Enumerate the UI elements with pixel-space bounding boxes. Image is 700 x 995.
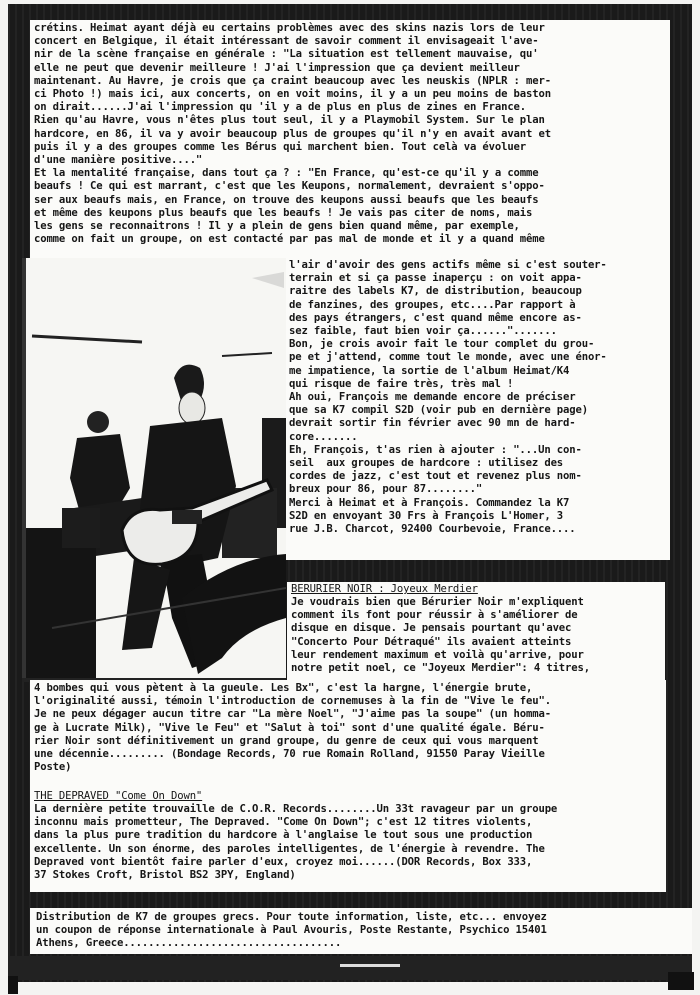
text-line: 37 Stokes Croft, Bristol BS2 3PY, Englan… bbox=[34, 869, 557, 882]
corner-mark-right bbox=[668, 972, 694, 990]
text-line: disque en disque. Je pensais pourtant qu… bbox=[291, 622, 590, 635]
text-line: Ah oui, François me demande encore de pr… bbox=[289, 391, 607, 404]
text-line: breux pour 86, pour 87........" bbox=[289, 483, 607, 496]
text-line: un coupon de réponse internationale à Pa… bbox=[36, 924, 547, 937]
footer-mark bbox=[340, 964, 400, 967]
review-depraved-text: La dernière petite trouvaille de C.O.R. … bbox=[34, 803, 557, 882]
text-line: elle ne peut que devenir meilleure ! J'a… bbox=[34, 62, 551, 75]
text-line: sez faible, faut bien voir ça......"....… bbox=[289, 325, 607, 338]
review-berurier-column-text: Je voudrais bien que Bérurier Noir m'exp… bbox=[291, 596, 590, 675]
text-line: d'une manière positive...." bbox=[34, 154, 551, 167]
text-line: Distribution de K7 de groupes grecs. Pou… bbox=[36, 911, 547, 924]
text-line: cordes de jazz, c'est tout et revenez pl… bbox=[289, 470, 607, 483]
text-line: inconnu mais prometteur, The Depraved. "… bbox=[34, 816, 557, 829]
interview-intro-text: crétins. Heimat ayant déjà eu certains p… bbox=[34, 22, 551, 246]
text-line: des pays étrangers, c'est quand même enc… bbox=[289, 312, 607, 325]
text-line: rier Noir sont définitivement un grand g… bbox=[34, 735, 551, 748]
text-line: ser aux beaufs mais, en France, on trouv… bbox=[34, 194, 551, 207]
text-line: comme on fait un groupe, on est contacté… bbox=[34, 233, 551, 246]
review-berurier-panel: BERURIER NOIR : Joyeux Merdier Je voudra… bbox=[287, 582, 665, 682]
interview-intro-panel: crétins. Heimat ayant déjà eu certains p… bbox=[30, 20, 670, 260]
text-line: Je ne peux dégager aucun titre car "La m… bbox=[34, 708, 551, 721]
text-line: et même des keupons plus beaufs que les … bbox=[34, 207, 551, 220]
distribution-text: Distribution de K7 de groupes grecs. Pou… bbox=[36, 911, 547, 951]
text-line: Athens, Greece..........................… bbox=[36, 937, 547, 950]
text-line: Je voudrais bien que Bérurier Noir m'exp… bbox=[291, 596, 590, 609]
text-line: de fanzines, des groupes, etc....Par rap… bbox=[289, 299, 607, 312]
text-line: rue J.B. Charcot, 92400 Courbevoie, Fran… bbox=[289, 523, 607, 536]
text-line: que sa K7 compil S2D (voir pub en derniè… bbox=[289, 404, 607, 417]
text-line: l'originalité aussi, témoin l'introducti… bbox=[34, 695, 551, 708]
text-line: qui risque de faire très, très mal ! bbox=[289, 378, 607, 391]
review-berurier-text: 4 bombes qui vous pètent à la gueule. Le… bbox=[34, 682, 551, 774]
text-line: crétins. Heimat ayant déjà eu certains p… bbox=[34, 22, 551, 35]
text-line: puis il y a des groupes comme les Bérus … bbox=[34, 141, 551, 154]
text-line: concert en Belgique, il était intéressan… bbox=[34, 35, 551, 48]
text-line: Poste) bbox=[34, 761, 551, 774]
text-line: une décennie......... (Bondage Records, … bbox=[34, 748, 551, 761]
text-line: nir de la scène française en générale : … bbox=[34, 48, 551, 61]
text-line: La dernière petite trouvaille de C.O.R. … bbox=[34, 803, 557, 816]
reviews-panel: 4 bombes qui vous pètent à la gueule. Le… bbox=[30, 680, 666, 892]
text-line: terrain et si ça passe inaperçu : on voi… bbox=[289, 272, 607, 285]
distribution-panel: Distribution de K7 de groupes grecs. Pou… bbox=[30, 908, 692, 954]
text-line: Rien qu'au Havre, vous n'êtes plus tout … bbox=[34, 114, 551, 127]
text-line: me impatience, la sortie de l'album Heim… bbox=[289, 365, 607, 378]
review-depraved-heading: THE DEPRAVED "Come On Down" bbox=[34, 790, 202, 803]
text-line: pe et j'attend, comme tout le monde, ave… bbox=[289, 351, 607, 364]
text-line: core....... bbox=[289, 431, 607, 444]
text-line: l'air d'avoir des gens actifs même si c'… bbox=[289, 259, 607, 272]
text-line: beaufs ! Ce qui est marrant, c'est que l… bbox=[34, 180, 551, 193]
text-line: maintenant. Au Havre, je crois que ça cr… bbox=[34, 75, 551, 88]
text-line: comment ils font pour réussir à s'amélio… bbox=[291, 609, 590, 622]
band-photo bbox=[22, 258, 286, 682]
text-line: les gens se reconnaitrons ! Il y a plein… bbox=[34, 220, 551, 233]
text-line: 4 bombes qui vous pètent à la gueule. Le… bbox=[34, 682, 551, 695]
text-line: Bon, je crois avoir fait le tour complet… bbox=[289, 338, 607, 351]
text-line: Et la mentalité française, dans tout ça … bbox=[34, 167, 551, 180]
text-line: S2D en envoyant 30 Frs à François L'Home… bbox=[289, 510, 607, 523]
corner-mark-left bbox=[8, 976, 18, 994]
text-line: on dirait......J'ai l'impression qu 'il … bbox=[34, 101, 551, 114]
interview-column-text: l'air d'avoir des gens actifs même si c'… bbox=[289, 259, 607, 536]
text-line: hardcore, en 86, il va y avoir beaucoup … bbox=[34, 128, 551, 141]
text-line: notre petit noel, ce "Joyeux Merdier": 4… bbox=[291, 662, 590, 675]
text-line: raitre des labels K7, de distribution, b… bbox=[289, 285, 607, 298]
text-line: Depraved vont bientôt faire parler d'eux… bbox=[34, 856, 557, 869]
text-line: "Concerto Pour Détraqué" ils avaient att… bbox=[291, 636, 590, 649]
band-photo-icon bbox=[22, 258, 286, 682]
text-line: ge à Lucrate Milk), "Vive le Feu" et "Sa… bbox=[34, 722, 551, 735]
text-line: Merci à Heimat et à François. Commandez … bbox=[289, 497, 607, 510]
text-line: excellente. Un son énorme, des paroles i… bbox=[34, 843, 557, 856]
interview-column-panel: l'air d'avoir des gens actifs même si c'… bbox=[285, 258, 670, 560]
text-line: dans la plus pure tradition du hardcore … bbox=[34, 829, 557, 842]
text-line: seil aux groupes de hardcore : utilisez … bbox=[289, 457, 607, 470]
text-line: ci Photo !) mais ici, aux concerts, on e… bbox=[34, 88, 551, 101]
text-line: devrait sortir fin février avec 90 mn de… bbox=[289, 417, 607, 430]
review-berurier-heading: BERURIER NOIR : Joyeux Merdier bbox=[291, 583, 478, 596]
text-line: leur rendement maximum et voilà qu'arriv… bbox=[291, 649, 590, 662]
text-line: Eh, François, t'as rien à ajouter : "...… bbox=[289, 444, 607, 457]
footer-strip bbox=[8, 956, 692, 980]
